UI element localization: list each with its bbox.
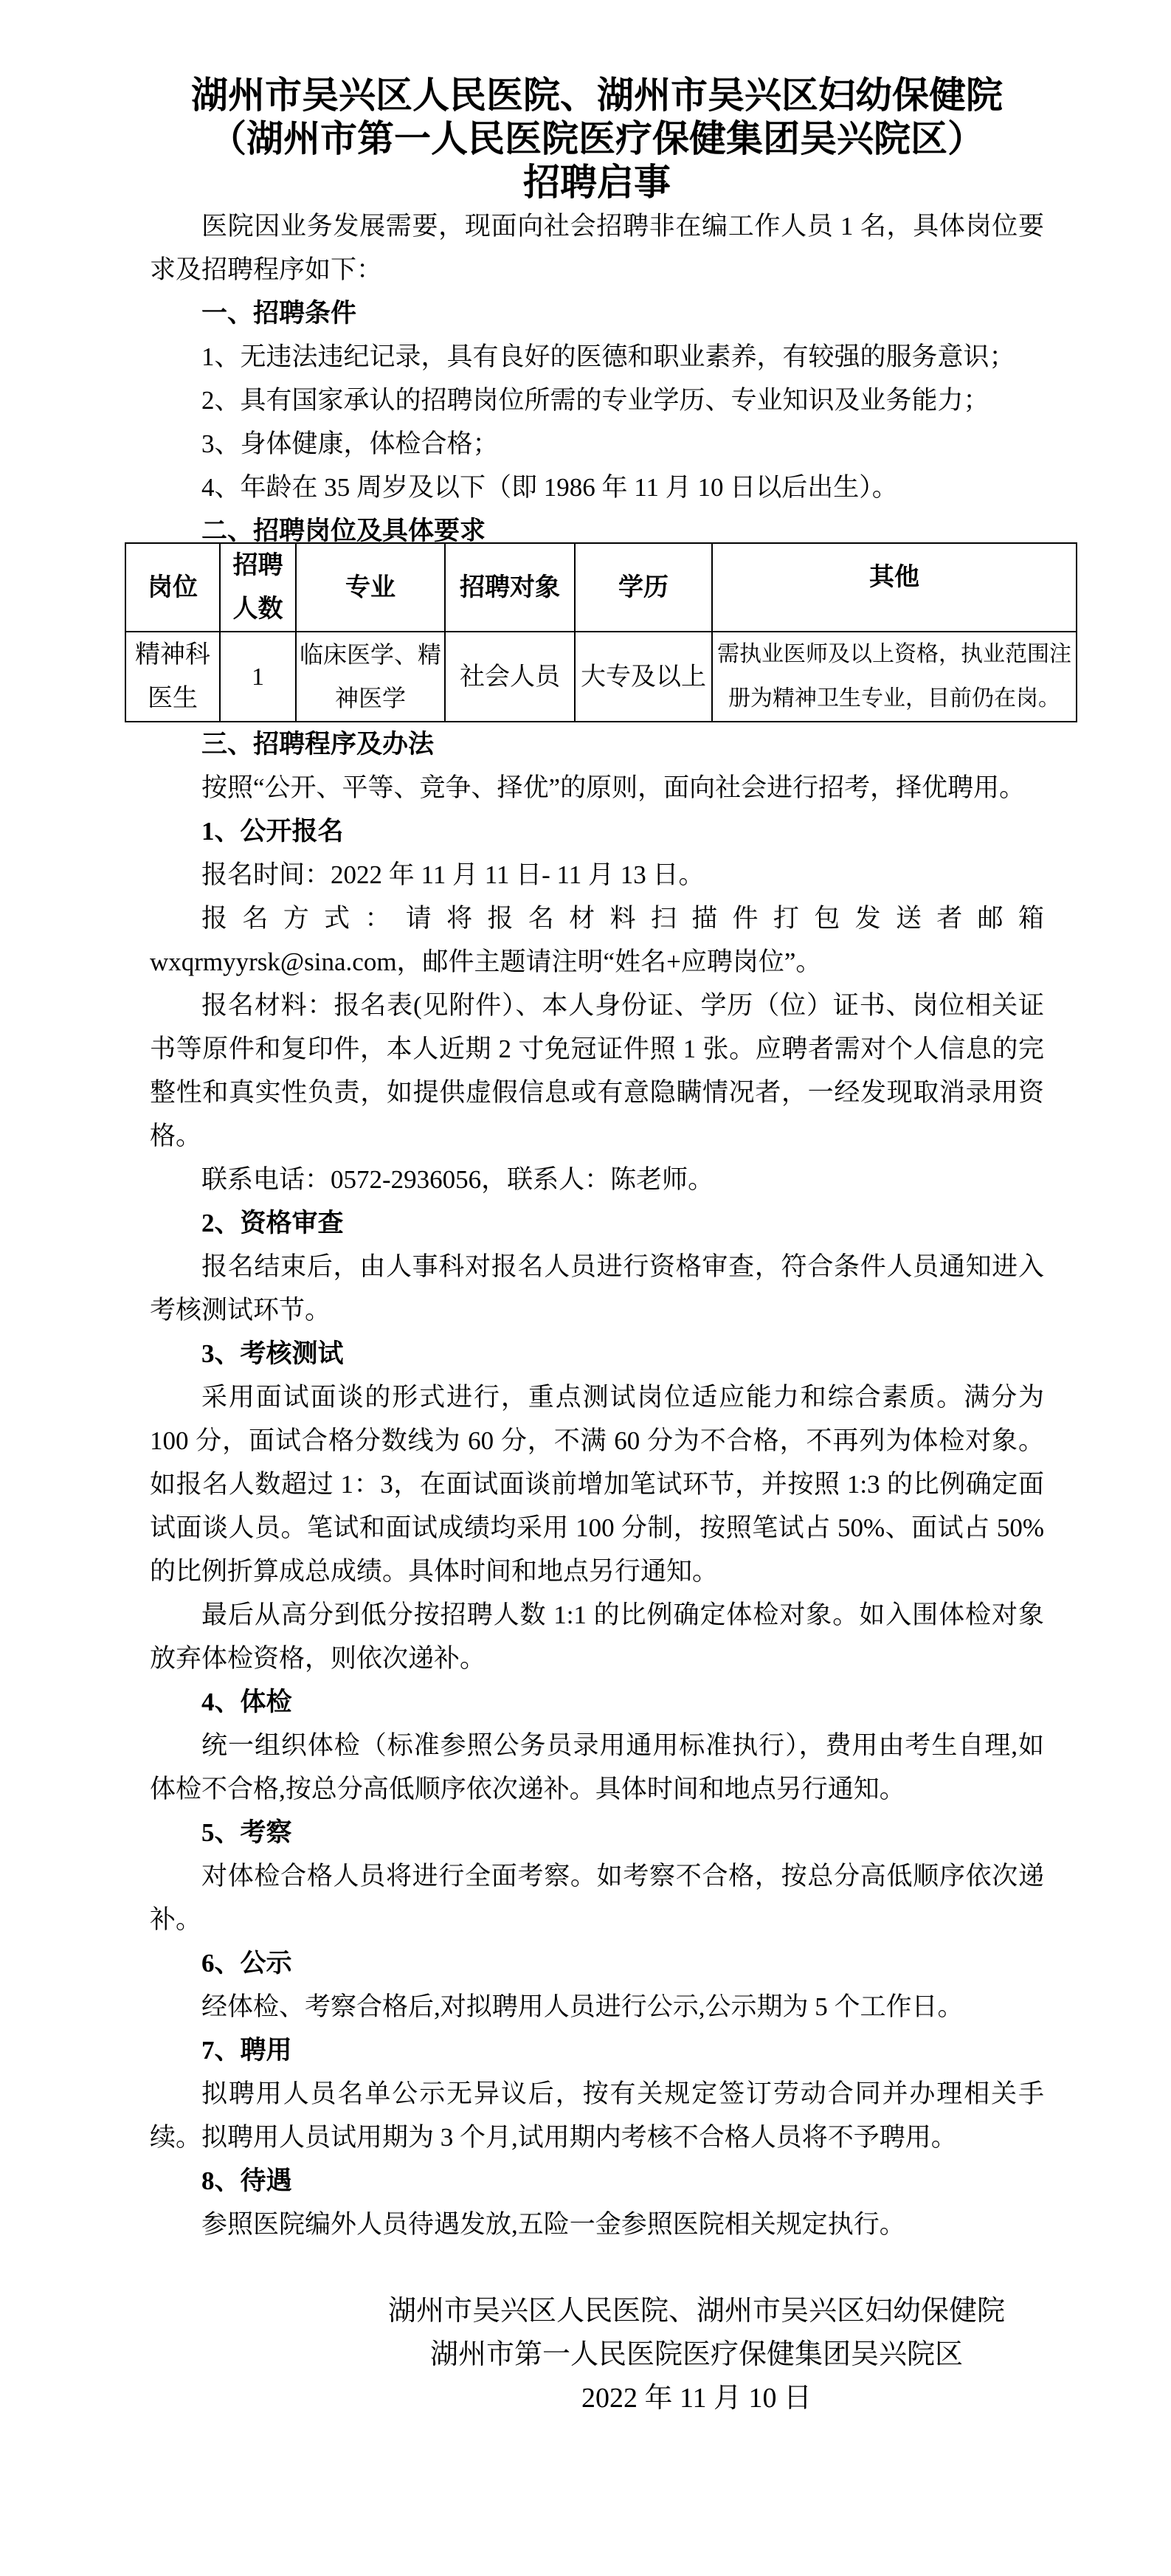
- table-cell: 社会人员: [445, 632, 575, 722]
- table-cell: 大专及以上: [575, 632, 712, 722]
- section-heading: 三、招聘程序及办法: [150, 722, 1044, 766]
- date-line: 2022 年 11 月 10 日: [349, 2377, 1044, 2420]
- paragraph: 3、身体健康，体检合格；: [150, 422, 1044, 466]
- paragraph-line: 报名方式：请将报名材料扫描件打包发送者邮箱: [150, 897, 1044, 940]
- section-heading: 1、公开报名: [150, 809, 1044, 853]
- paragraph: 1、无违法违纪记录，具有良好的医德和职业素养，有较强的服务意识；: [150, 335, 1044, 379]
- table-header-cell: 其他: [712, 543, 1077, 632]
- paragraph: 4、年龄在 35 周岁及以下（即 1986 年 11 月 10 日以后出生）。: [150, 466, 1044, 509]
- paragraph: 经体检、考察合格后,对拟聘用人员进行公示,公示期为 5 个工作日。: [150, 1985, 1044, 2028]
- paragraph: 报名方式：请将报名材料扫描件打包发送者邮箱wxqrmyyrsk@sina.com…: [150, 897, 1044, 984]
- table-row: 精神科医生1临床医学、精神医学社会人员大专及以上需执业医师及以上资格，执业范围注…: [125, 632, 1077, 722]
- table-header-row: 岗位招聘人数专业招聘对象学历其他: [125, 543, 1077, 632]
- table-cell: 1: [220, 632, 296, 722]
- paragraph: 报名结束后，由人事科对报名人员进行资格审查，符合条件人员通知进入考核测试环节。: [150, 1245, 1044, 1332]
- table-header-cell: 学历: [575, 543, 712, 632]
- table-cell: 临床医学、精神医学: [296, 632, 445, 722]
- paragraph: 联系电话：0572-2936056，联系人：陈老师。: [150, 1158, 1044, 1201]
- paragraph: 拟聘用人员名单公示无异议后，按有关规定签订劳动合同并办理相关手续。拟聘用人员试用…: [150, 2072, 1044, 2159]
- document-page: 湖州市吴兴区人民医院、湖州市吴兴区妇幼保健院 （湖州市第一人民医院医疗保健集团吴…: [0, 0, 1171, 2576]
- table-cell: 精神科医生: [125, 632, 220, 722]
- document-content: 湖州市吴兴区人民医院、湖州市吴兴区妇幼保健院 （湖州市第一人民医院医疗保健集团吴…: [150, 0, 1044, 2420]
- title-line: 湖州市吴兴区人民医院、湖州市吴兴区妇幼保健院: [150, 74, 1044, 117]
- table-header-cell: 招聘对象: [445, 543, 575, 632]
- table-cell: 需执业医师及以上资格，执业范围注册为精神卫生专业，目前仍在岗。: [712, 632, 1077, 722]
- recruitment-position-table: 岗位招聘人数专业招聘对象学历其他 精神科医生1临床医学、精神医学社会人员大专及以…: [125, 542, 1077, 722]
- signature-line: 湖州市吴兴区人民医院、湖州市吴兴区妇幼保健院: [349, 2290, 1044, 2333]
- table-header-cell: 招聘人数: [220, 543, 296, 632]
- paragraph: 采用面试面谈的形式进行，重点测试岗位适应能力和综合素质。满分为 100 分，面试…: [150, 1375, 1044, 1593]
- paragraph-line: wxqrmyyrsk@sina.com，邮件主题请注明“姓名+应聘岗位”。: [150, 940, 1044, 984]
- table-header-cell: 专业: [296, 543, 445, 632]
- paragraph: 参照医院编外人员待遇发放,五险一金参照医院相关规定执行。: [150, 2203, 1044, 2246]
- document-title: 湖州市吴兴区人民医院、湖州市吴兴区妇幼保健院 （湖州市第一人民医院医疗保健集团吴…: [150, 74, 1044, 204]
- paragraph: 2、具有国家承认的招聘岗位所需的专业学历、专业知识及业务能力；: [150, 379, 1044, 422]
- section-heading: 6、公示: [150, 1941, 1044, 1985]
- section-heading: 7、聘用: [150, 2028, 1044, 2072]
- paragraph: 报名时间：2022 年 11 月 11 日- 11 月 13 日。: [150, 853, 1044, 897]
- section-heading: 一、招聘条件: [150, 291, 1044, 335]
- section-heading: 8、待遇: [150, 2159, 1044, 2203]
- section-heading: 4、体检: [150, 1680, 1044, 1724]
- table-header-cell: 岗位: [125, 543, 220, 632]
- intro-paragraph: 医院因业务发展需要，现面向社会招聘非在编工作人员 1 名，具体岗位要求及招聘程序…: [150, 204, 1044, 291]
- paragraph: 对体检合格人员将进行全面考察。如考察不合格，按总分高低顺序依次递补。: [150, 1854, 1044, 1941]
- section-heading: 2、资格审查: [150, 1201, 1044, 1245]
- section-heading: 3、考核测试: [150, 1332, 1044, 1375]
- paragraph: 最后从高分到低分按招聘人数 1:1 的比例确定体检对象。如入围体检对象放弃体检资…: [150, 1593, 1044, 1680]
- paragraph: 统一组织体检（标准参照公务员录用通用标准执行），费用由考生自理,如体检不合格,按…: [150, 1724, 1044, 1811]
- title-line: （湖州市第一人民医院医疗保健集团吴兴院区）: [150, 117, 1044, 161]
- paragraph: 报名材料：报名表(见附件）、本人身份证、学历（位）证书、岗位相关证书等原件和复印…: [150, 984, 1044, 1158]
- paragraph: 按照“公开、平等、竞争、择优”的原则，面向社会进行招考，择优聘用。: [150, 766, 1044, 809]
- title-line: 招聘启事: [150, 161, 1044, 204]
- section-heading: 5、考察: [150, 1811, 1044, 1854]
- signature-line: 湖州市第一人民医院医疗保健集团吴兴院区: [349, 2333, 1044, 2377]
- document-body: 一、招聘条件1、无违法违纪记录，具有良好的医德和职业素养，有较强的服务意识；2、…: [150, 291, 1044, 2246]
- signature-block: 湖州市吴兴区人民医院、湖州市吴兴区妇幼保健院 湖州市第一人民医院医疗保健集团吴兴…: [349, 2290, 1044, 2420]
